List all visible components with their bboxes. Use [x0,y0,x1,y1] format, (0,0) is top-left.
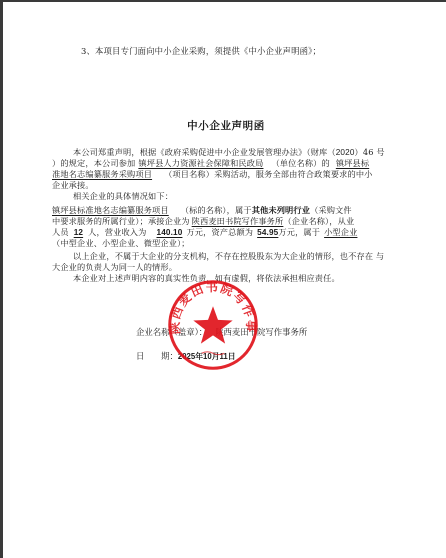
subject-line-3: 人员12人，营业收入为140.10万元，资产总额为54.95万元，属于小型企业 [52,227,381,238]
declaration-text: （项目名称）采购活动，服务全部由符合政策要求的中小 [164,169,372,179]
purchaser-name: 镇坪县人力资源社会保障和民政局 [135,158,271,168]
enterprise-type: 小型企业 [320,227,381,237]
seal-code-marks [202,352,225,355]
total-assets: 54.95 [253,228,278,237]
independence-line-2: 大企业的负责人为同一人的情形。 [52,262,177,273]
employee-count: 12 [69,228,88,237]
declaration-text: （采购文件 [310,205,352,215]
declaration-line-1: 本公司郑重声明，根据《政府采购促进中小企业发展管理办法》（财库（2020）46 … [73,147,385,158]
independence-line-1: 以上企业，不属于大企业的分支机构，不存在控股股东为大企业的情形，也不存在 与 [73,251,384,262]
industry-name: 其他未列明行业 [252,205,310,215]
decree-year: 2020 [336,148,355,157]
subject-name: 镇坪县标准地名志编纂服务项目 [52,205,181,215]
procurement-note: 3、本项目专门面向中小企业采购，须提供《中小企业声明函》； [81,46,321,57]
decree-number: ）46 号 [355,147,385,157]
company-name: 陕西麦田书院写作事务所 [190,216,284,226]
revenue-amount: 140.10 [146,228,186,237]
company-seal-stamp: 陕西麦田书院写作事务所 [166,278,260,372]
declaration-text: ）的规定，本公司参加 [52,158,135,168]
declaration-text: 本公司郑重声明，根据《政府采购促进中小企业发展管理办法》（财库（ [73,147,336,157]
declaration-text: 人员 [52,227,69,237]
declaration-text: （标的名称），属于 [181,205,252,215]
declaration-line-2: ）的规定，本公司参加镇坪县人力资源社会保障和民政局（单位名称）的镇坪县标 [52,158,369,169]
declaration-text: 万元，属于 [278,227,320,237]
subject-line-2: 中要求服务的所属行业）；承接企业为陕西麦田书院写作事务所（企业名称），从业 [52,216,354,227]
declaration-line-3: 准地名志编纂服务采购项目（项目名称）采购活动，服务全部由符合政策要求的中小 [52,169,373,180]
declaration-text: 人，营业收入为 [88,227,146,237]
project-name-part2: 准地名志编纂服务采购项目 [52,169,164,179]
enterprise-type-options: （中型企业、小型企业、微型企业）； [52,238,190,249]
subject-line-1: 镇坪县标准地名志编纂服务项目（标的名称），属于其他未列明行业（采购文件 [52,205,352,216]
document-title: 中小企业声明函 [3,118,446,133]
company-details-intro: 相关企业的具体情况如下： [73,191,173,202]
star-icon [193,306,232,343]
declaration-text: 中要求服务的所属行业）；承接企业为 [52,216,190,226]
declaration-text: （单位名称）的 [271,158,329,168]
declaration-text: （企业名称），从业 [283,216,354,226]
declaration-text: 万元，资产总额为 [186,227,253,237]
document-page: 3、本项目专门面向中小企业采购，须提供《中小企业声明函》； 中小企业声明函 本公… [0,0,446,558]
project-name-part1: 镇坪县标 [330,158,369,168]
declaration-line-4: 企业承接。 [52,180,94,191]
